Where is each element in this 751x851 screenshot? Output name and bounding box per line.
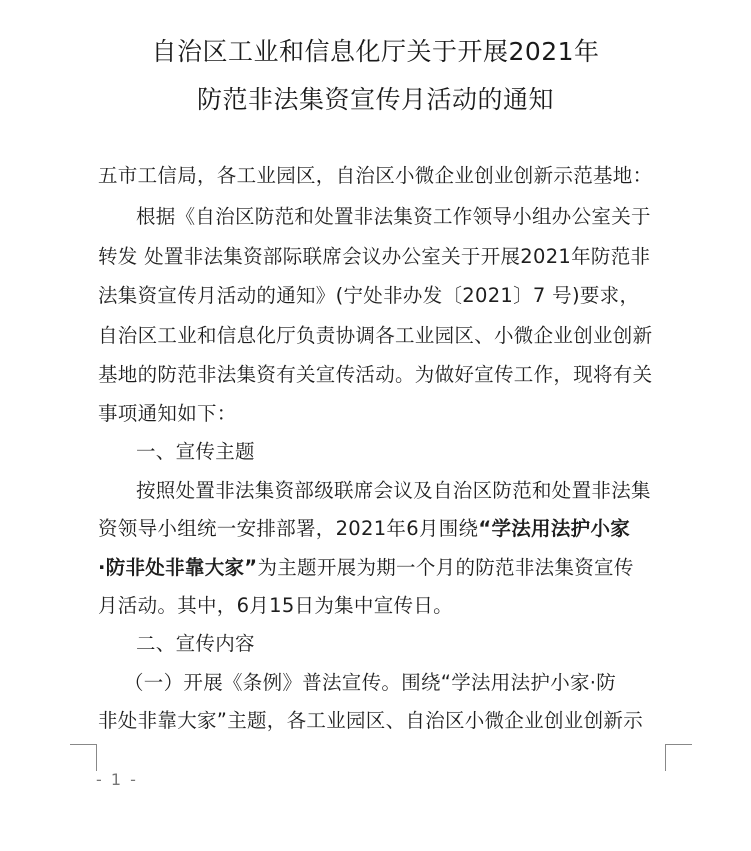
paragraph-line: 资领导小组统一安排部署，2021年6月围绕“学法用法护小家 [98, 513, 630, 541]
document-title-line-2: 防范非法集资宣传月活动的通知 [0, 80, 751, 116]
text-segment: 为主题开展为期一个月的防范非法集资宣传 [257, 556, 633, 579]
paragraph-line: 法集资宣传月活动的通知》(宁处非办发〔2021〕7 号)要求， [98, 280, 639, 308]
paragraph-line: 转发 处置非法集资部际联席会议办公室关于开展2021年防范非 [98, 241, 650, 269]
paragraph-line: 事项通知如下： [98, 398, 237, 426]
paragraph-line: 根据《自治区防范和处置非法集资工作领导小组办公室关于 [136, 201, 651, 229]
text-segment: 资领导小组统一安排部署，2021年6月围绕 [98, 517, 478, 540]
document-title-line-1: 自治区工业和信息化厅关于开展2021年 [0, 32, 751, 68]
paragraph-line: 基地的防范非法集资有关宣传活动。为做好宣传工作，现将有关 [98, 359, 652, 387]
theme-slogan-bold: “学法用法护小家 [478, 517, 630, 540]
page-number: - 1 - [96, 770, 138, 789]
paragraph-line: 自治区工业和信息化厅负责协调各工业园区、小微企业创业创新 [98, 320, 652, 348]
theme-slogan-bold: ·防非处非靠大家” [98, 556, 257, 579]
paragraph-line: ·防非处非靠大家”为主题开展为期一个月的防范非法集资宣传 [98, 552, 634, 580]
paragraph-line: （一）开展《条例》普法宣传。围绕“学法用法护小家·防 [124, 667, 616, 695]
section-heading-2: 二、宣传内容 [136, 628, 255, 656]
section-heading-1: 一、宣传主题 [136, 436, 255, 464]
page-corner-mark-left [70, 744, 97, 771]
salutation: 五市工信局，各工业园区，自治区小微企业创业创新示范基地： [98, 160, 652, 188]
page-corner-mark-right [665, 744, 692, 771]
paragraph-line: 按照处置非法集资部级联席会议及自治区防范和处置非法集 [136, 475, 651, 503]
paragraph-line: 月活动。其中，6月15日为集中宣传日。 [98, 590, 453, 618]
paragraph-line: 非处非靠大家”主题，各工业园区、自治区小微企业创业创新示 [98, 705, 643, 733]
